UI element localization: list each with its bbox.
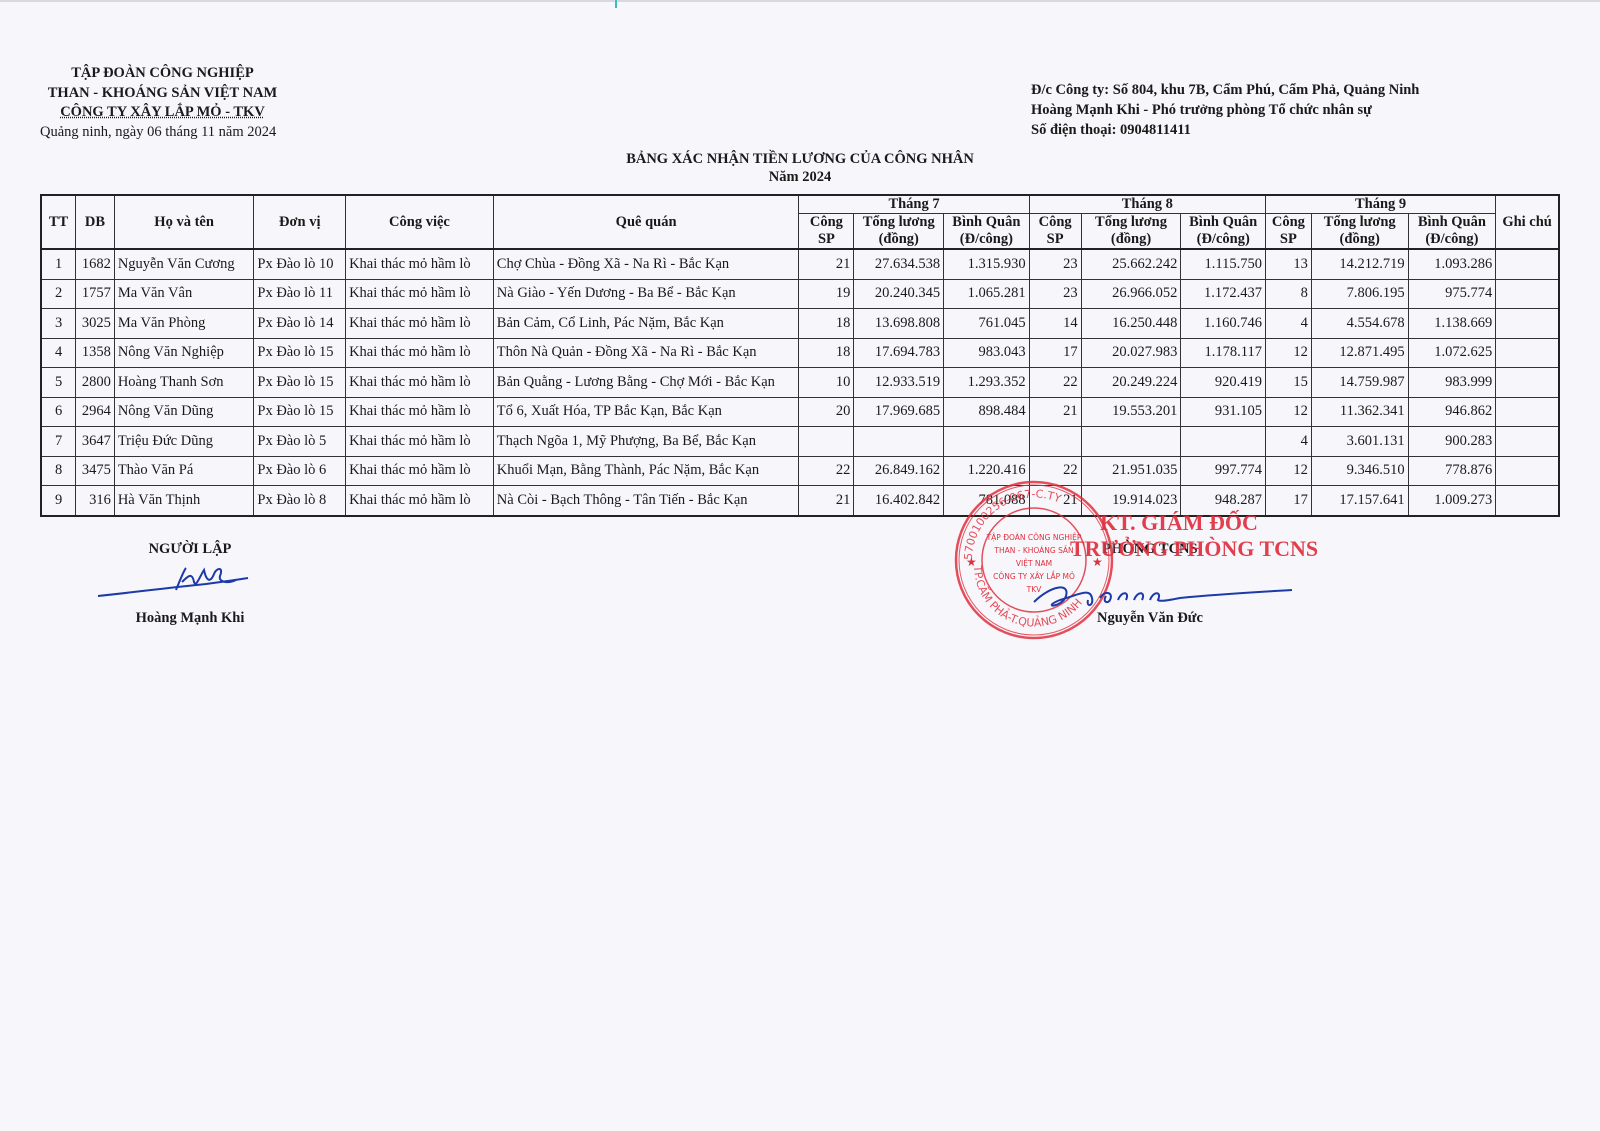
cell-hometown: Thạch Ngõa 1, Mỹ Phượng, Ba Bể, Bắc Kạn (493, 427, 799, 457)
table-row: 83475Thào Văn PáPx Đào lò 6Khai thác mỏ … (41, 456, 1559, 486)
contact-person: Hoàng Mạnh Khi - Phó trưởng phòng Tổ chứ… (1031, 100, 1419, 120)
cell-m8-days (1029, 427, 1081, 457)
cell-m9-total: 4.554.678 (1311, 309, 1408, 339)
preparer-title: NGƯỜI LẬP (100, 541, 280, 558)
cell-db: 2800 (76, 368, 115, 398)
cell-m7-avg: 1.065.281 (944, 279, 1030, 309)
col-m7-avg: Bình Quân(Đ/công) (944, 214, 1030, 250)
approval-overtitle: KT. GIÁM ĐỐC TRƯỞNG PHÒNG TCNS (1070, 510, 1318, 562)
cell-m9-days: 15 (1265, 368, 1311, 398)
cell-m7-days: 20 (799, 397, 854, 427)
table-row: 33025Ma Văn PhòngPx Đào lò 14Khai thác m… (41, 309, 1559, 339)
cell-hometown: Nà Còi - Bạch Thông - Tân Tiến - Bắc Kạn (493, 486, 799, 516)
cell-m9-avg: 1.009.273 (1408, 486, 1496, 516)
cell-m8-total: 20.249.224 (1081, 368, 1181, 398)
cell-name: Nông Văn Nghiệp (114, 338, 254, 368)
phone-number: Số điện thoại: 0904811411 (1031, 120, 1419, 140)
cell-name: Triệu Đức Dũng (114, 427, 254, 457)
cell-m9-days: 4 (1265, 309, 1311, 339)
cell-m9-total: 7.806.195 (1311, 279, 1408, 309)
cell-hometown: Chợ Chùa - Đồng Xã - Na Rì - Bắc Kạn (493, 249, 799, 279)
cell-tt: 5 (41, 368, 76, 398)
cell-m9-avg: 1.093.286 (1408, 249, 1496, 279)
cell-job: Khai thác mỏ hầm lò (346, 338, 494, 368)
cell-db: 3475 (76, 456, 115, 486)
cell-m9-total: 14.212.719 (1311, 249, 1408, 279)
col-m7-days: CôngSP (799, 214, 854, 250)
cell-m9-avg: 1.072.625 (1408, 338, 1496, 368)
cell-name: Hà Văn Thịnh (114, 486, 254, 516)
cell-m9-days: 12 (1265, 338, 1311, 368)
page-top-edge (0, 0, 1600, 2)
col-m8-days: CôngSP (1029, 214, 1081, 250)
cell-m8-days: 23 (1029, 279, 1081, 309)
salary-table: TT DB Họ và tên Đơn vị Công việc Quê quá… (40, 194, 1560, 517)
cell-unit: Px Đào lò 10 (254, 249, 346, 279)
cell-name: Nông Văn Dũng (114, 397, 254, 427)
cell-m9-total: 9.346.510 (1311, 456, 1408, 486)
cell-db: 316 (76, 486, 115, 516)
cell-m8-days: 17 (1029, 338, 1081, 368)
table-row: 9316Hà Văn ThịnhPx Đào lò 8Khai thác mỏ … (41, 486, 1559, 516)
cell-m7-days: 18 (799, 338, 854, 368)
cell-m9-total: 14.759.987 (1311, 368, 1408, 398)
preparer-signature-icon (96, 562, 256, 602)
cell-m7-total: 12.933.519 (854, 368, 944, 398)
cell-m7-days: 22 (799, 456, 854, 486)
table-row: 41358Nông Văn NghiệpPx Đào lò 15Khai thá… (41, 338, 1559, 368)
table-row: 62964Nông Văn DũngPx Đào lò 15Khai thác … (41, 397, 1559, 427)
cell-tt: 8 (41, 456, 76, 486)
company-name: CÔNG TY XÂY LẮP MỎ - TKV (40, 103, 285, 123)
parent-group-line1: TẬP ĐOÀN CÔNG NGHIỆP (40, 64, 285, 84)
cell-m7-avg: 983.043 (944, 338, 1030, 368)
cell-note (1496, 486, 1559, 516)
cell-unit: Px Đào lò 14 (254, 309, 346, 339)
cell-m8-avg: 1.172.437 (1181, 279, 1266, 309)
col-hometown: Quê quán (493, 195, 799, 249)
contact-block: Đ/c Công ty: Số 804, khu 7B, Cẩm Phú, Cẩ… (1031, 80, 1419, 140)
cell-db: 1682 (76, 249, 115, 279)
cell-unit: Px Đào lò 11 (254, 279, 346, 309)
col-month-9: Tháng 9 (1265, 195, 1495, 214)
cell-hometown: Bản Quằng - Lương Bằng - Chợ Mới - Bắc K… (493, 368, 799, 398)
cell-note (1496, 368, 1559, 398)
cell-tt: 7 (41, 427, 76, 457)
title-year: Năm 2024 (580, 168, 1020, 186)
cell-m9-total: 17.157.641 (1311, 486, 1408, 516)
svg-text:★: ★ (966, 555, 977, 569)
svg-text:VIỆT NAM: VIỆT NAM (1016, 559, 1052, 568)
cell-note (1496, 397, 1559, 427)
cell-db: 1757 (76, 279, 115, 309)
cell-m7-days (799, 427, 854, 457)
col-m9-total: Tổng lương(đồng) (1311, 214, 1408, 250)
cell-m9-days: 13 (1265, 249, 1311, 279)
cell-note (1496, 338, 1559, 368)
cell-unit: Px Đào lò 8 (254, 486, 346, 516)
cell-db: 2964 (76, 397, 115, 427)
cell-tt: 9 (41, 486, 76, 516)
cell-job: Khai thác mỏ hầm lò (346, 486, 494, 516)
table-row: 52800Hoàng Thanh SơnPx Đào lò 15Khai thá… (41, 368, 1559, 398)
cell-m9-avg: 975.774 (1408, 279, 1496, 309)
cell-hometown: Khuổi Mạn, Bằng Thành, Pác Nặm, Bắc Kạn (493, 456, 799, 486)
cell-note (1496, 279, 1559, 309)
cell-job: Khai thác mỏ hầm lò (346, 397, 494, 427)
cell-hometown: Bản Cảm, Cổ Linh, Pác Nặm, Bắc Kạn (493, 309, 799, 339)
cell-job: Khai thác mỏ hầm lò (346, 279, 494, 309)
cell-m7-total: 16.402.842 (854, 486, 944, 516)
cell-m9-avg: 983.999 (1408, 368, 1496, 398)
col-job: Công việc (346, 195, 494, 249)
cell-m8-days: 23 (1029, 249, 1081, 279)
cell-db: 3025 (76, 309, 115, 339)
cell-m8-total: 19.553.201 (1081, 397, 1181, 427)
title-main: BẢNG XÁC NHẬN TIỀN LƯƠNG CỦA CÔNG NHÂN (580, 150, 1020, 168)
cell-hometown: Thôn Nà Quản - Đồng Xã - Na Rì - Bắc Kạn (493, 338, 799, 368)
cell-tt: 6 (41, 397, 76, 427)
document-date: Quảng ninh, ngày 06 tháng 11 năm 2024 (40, 123, 285, 143)
cell-unit: Px Đào lò 15 (254, 397, 346, 427)
cell-m7-total (854, 427, 944, 457)
table-row: 21757Ma Văn VânPx Đào lò 11Khai thác mỏ … (41, 279, 1559, 309)
cell-m7-total: 17.694.783 (854, 338, 944, 368)
col-month-8: Tháng 8 (1029, 195, 1265, 214)
cell-m9-avg: 900.283 (1408, 427, 1496, 457)
cell-m9-days: 4 (1265, 427, 1311, 457)
cell-job: Khai thác mỏ hầm lò (346, 249, 494, 279)
cell-m7-total: 13.698.808 (854, 309, 944, 339)
cell-m8-avg (1181, 427, 1266, 457)
cell-m7-avg (944, 427, 1030, 457)
cell-m8-total: 26.966.052 (1081, 279, 1181, 309)
cell-name: Nguyễn Văn Cương (114, 249, 254, 279)
cell-m7-avg: 1.293.352 (944, 368, 1030, 398)
cell-tt: 3 (41, 309, 76, 339)
col-unit: Đơn vị (254, 195, 346, 249)
cell-m8-days: 14 (1029, 309, 1081, 339)
col-month-7: Tháng 7 (799, 195, 1029, 214)
col-note: Ghi chú (1496, 195, 1559, 249)
cell-m8-total: 25.662.242 (1081, 249, 1181, 279)
cell-tt: 1 (41, 249, 76, 279)
cell-m9-total: 3.601.131 (1311, 427, 1408, 457)
cell-m7-avg: 898.484 (944, 397, 1030, 427)
cell-unit: Px Đào lò 15 (254, 368, 346, 398)
cell-note (1496, 249, 1559, 279)
cell-job: Khai thác mỏ hầm lò (346, 456, 494, 486)
cell-name: Hoàng Thanh Sơn (114, 368, 254, 398)
cell-db: 3647 (76, 427, 115, 457)
cell-m8-avg: 920.419 (1181, 368, 1266, 398)
col-tt: TT (41, 195, 76, 249)
cell-m9-days: 8 (1265, 279, 1311, 309)
cell-hometown: Tổ 6, Xuất Hóa, TP Bắc Kạn, Bắc Kạn (493, 397, 799, 427)
cell-m8-avg: 931.105 (1181, 397, 1266, 427)
cell-unit: Px Đào lò 6 (254, 456, 346, 486)
table-row: 73647Triệu Đức DũngPx Đào lò 5Khai thác … (41, 427, 1559, 457)
approver-signature-icon (1030, 578, 1300, 618)
cell-name: Ma Văn Vân (114, 279, 254, 309)
col-m8-total: Tổng lương(đồng) (1081, 214, 1181, 250)
cell-job: Khai thác mỏ hầm lò (346, 309, 494, 339)
cell-m7-days: 18 (799, 309, 854, 339)
cell-hometown: Nà Giào - Yến Dương - Ba Bể - Bắc Kạn (493, 279, 799, 309)
cell-unit: Px Đào lò 5 (254, 427, 346, 457)
cell-tt: 2 (41, 279, 76, 309)
scan-marker (615, 0, 617, 8)
cell-m9-total: 11.362.341 (1311, 397, 1408, 427)
parent-group-line2: THAN - KHOÁNG SẢN VIỆT NAM (40, 84, 285, 104)
svg-text:TẬP ĐOÀN CÔNG NGHIỆP: TẬP ĐOÀN CÔNG NGHIỆP (986, 533, 1082, 542)
cell-tt: 4 (41, 338, 76, 368)
preparer-name: Hoàng Mạnh Khi (100, 610, 280, 627)
cell-m7-days: 10 (799, 368, 854, 398)
cell-m8-total (1081, 427, 1181, 457)
svg-text:THAN - KHOÁNG SẢN: THAN - KHOÁNG SẢN (993, 546, 1073, 555)
cell-m8-avg: 1.160.746 (1181, 309, 1266, 339)
cell-name: Thào Văn Pá (114, 456, 254, 486)
cell-note (1496, 309, 1559, 339)
cell-m8-days: 22 (1029, 368, 1081, 398)
cell-m9-days: 12 (1265, 456, 1311, 486)
cell-m7-days: 21 (799, 249, 854, 279)
cell-m7-days: 19 (799, 279, 854, 309)
cell-m7-days: 21 (799, 486, 854, 516)
table-row: 11682Nguyễn Văn CươngPx Đào lò 10Khai th… (41, 249, 1559, 279)
cell-m9-total: 12.871.495 (1311, 338, 1408, 368)
company-header: TẬP ĐOÀN CÔNG NGHIỆP THAN - KHOÁNG SẢN V… (40, 64, 285, 142)
cell-m7-total: 27.634.538 (854, 249, 944, 279)
cell-m8-total: 20.027.983 (1081, 338, 1181, 368)
cell-db: 1358 (76, 338, 115, 368)
cell-m7-avg: 761.045 (944, 309, 1030, 339)
col-m9-days: CôngSP (1265, 214, 1311, 250)
cell-job: Khai thác mỏ hầm lò (346, 427, 494, 457)
cell-m9-avg: 778.876 (1408, 456, 1496, 486)
company-address: Đ/c Công ty: Số 804, khu 7B, Cẩm Phú, Cẩ… (1031, 80, 1419, 100)
cell-m8-avg: 1.178.117 (1181, 338, 1266, 368)
cell-m8-avg: 997.774 (1181, 456, 1266, 486)
col-m9-avg: Bình Quân(Đ/công) (1408, 214, 1496, 250)
cell-m8-total: 16.250.448 (1081, 309, 1181, 339)
col-m8-avg: Bình Quân(Đ/công) (1181, 214, 1266, 250)
cell-m7-total: 20.240.345 (854, 279, 944, 309)
col-m7-total: Tổng lương(đồng) (854, 214, 944, 250)
document-title: BẢNG XÁC NHẬN TIỀN LƯƠNG CỦA CÔNG NHÂN N… (580, 150, 1020, 186)
cell-m7-total: 26.849.162 (854, 456, 944, 486)
cell-m7-total: 17.969.685 (854, 397, 944, 427)
cell-m9-avg: 1.138.669 (1408, 309, 1496, 339)
cell-m9-days: 12 (1265, 397, 1311, 427)
cell-name: Ma Văn Phòng (114, 309, 254, 339)
col-name: Họ và tên (114, 195, 254, 249)
cell-m7-avg: 1.315.930 (944, 249, 1030, 279)
col-db: DB (76, 195, 115, 249)
cell-note (1496, 427, 1559, 457)
cell-note (1496, 456, 1559, 486)
cell-job: Khai thác mỏ hầm lò (346, 368, 494, 398)
cell-m8-days: 21 (1029, 397, 1081, 427)
cell-unit: Px Đào lò 15 (254, 338, 346, 368)
cell-m8-avg: 1.115.750 (1181, 249, 1266, 279)
cell-m9-avg: 946.862 (1408, 397, 1496, 427)
